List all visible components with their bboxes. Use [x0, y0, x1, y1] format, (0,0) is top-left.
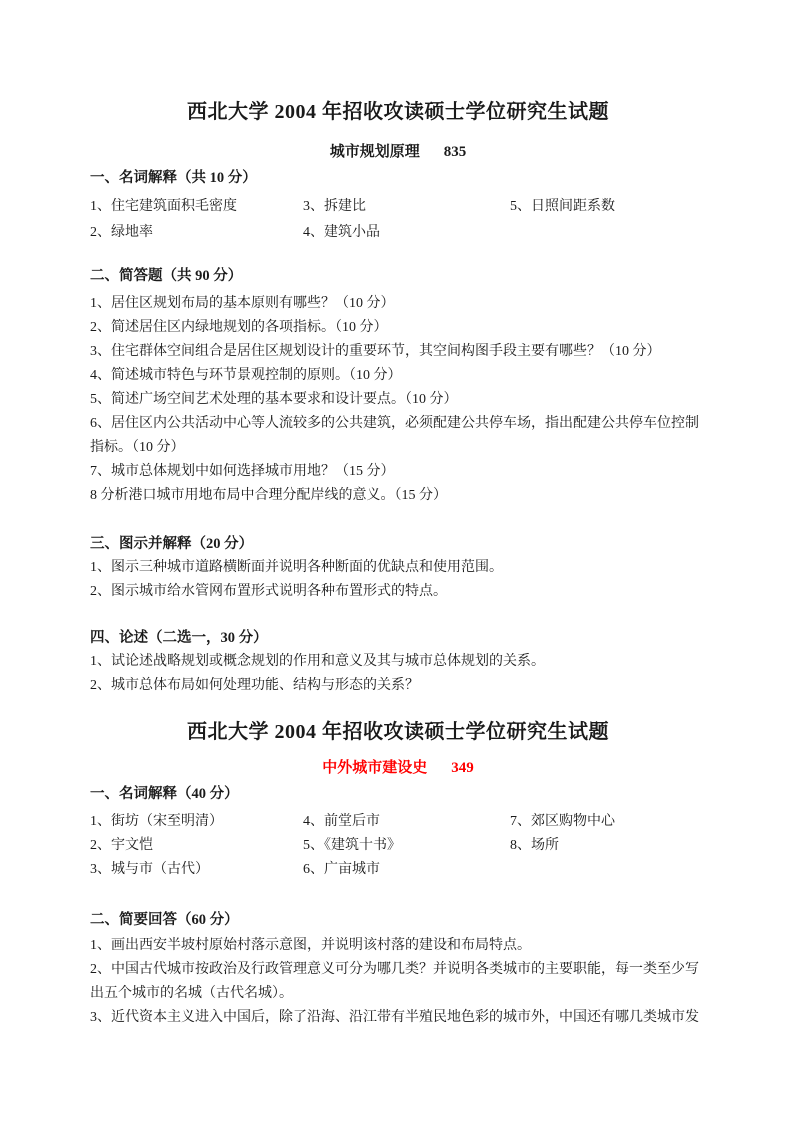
exam1-terms-col2: 3、拆建比 4、建筑小品: [303, 194, 510, 246]
term-item: 2、绿地率: [90, 220, 303, 246]
term-item: 3、城与市（古代）: [90, 858, 303, 882]
exam2-terms-col3: 7、郊区购物中心 8、场所: [510, 810, 706, 882]
term-item: 5、《建筑十书》: [303, 834, 510, 858]
exam2-section2-heading: 二、简要回答（60 分）: [90, 910, 706, 930]
exam2-subject-code: 349: [451, 760, 474, 776]
term-item: 4、建筑小品: [303, 220, 510, 246]
exam-paper-page: 西北大学 2004 年招收攻读硕士学位研究生试题 城市规划原理835 一、名词解…: [0, 0, 794, 1030]
question-line: 4、简述城市特色与环节景观控制的原则。（10 分）: [90, 364, 706, 388]
exam2-section1-heading: 一、名词解释（40 分）: [90, 784, 706, 804]
question-line: 3、住宅群体空间组合是居住区规划设计的重要环节，其空间构图手段主要有哪些？（10…: [90, 340, 706, 364]
question-line: 1、居住区规划布局的基本原则有哪些？（10 分）: [90, 292, 706, 316]
term-item: 1、街坊（宋至明清）: [90, 810, 303, 834]
exam1-terms-col3: 5、日照间距系数: [510, 194, 706, 246]
question-line: 7、城市总体规划中如何选择城市用地？（15 分）: [90, 460, 706, 484]
exam1-section2-questions: 1、居住区规划布局的基本原则有哪些？（10 分） 2、简述居住区内绿地规划的各项…: [90, 292, 706, 508]
exam1-title: 西北大学 2004 年招收攻读硕士学位研究生试题: [90, 98, 706, 126]
exam1-section2-heading: 二、简答题（共 90 分）: [90, 266, 706, 286]
question-line: 3、近代资本主义进入中国后，除了沿海、沿江带有半殖民地色彩的城市外，中国还有哪几…: [90, 1006, 706, 1030]
question-line: 1、图示三种城市道路横断面并说明各种断面的优缺点和使用范围。: [90, 556, 706, 580]
question-line: 2、城市总体布局如何处理功能、结构与形态的关系？: [90, 674, 706, 698]
exam2-section1-terms: 1、街坊（宋至明清） 2、宇文恺 3、城与市（古代） 4、前堂后市 5、《建筑十…: [90, 810, 706, 882]
exam1-section3-heading: 三、图示并解释（20 分）: [90, 534, 706, 554]
term-item: 2、宇文恺: [90, 834, 303, 858]
term-item: 8、场所: [510, 834, 706, 858]
exam1-section1-heading: 一、名词解释（共 10 分）: [90, 168, 706, 188]
question-line: 6、居住区内公共活动中心等人流较多的公共建筑，必须配建公共停车场，指出配建公共停…: [90, 412, 706, 436]
term-item: 3、拆建比: [303, 194, 510, 220]
exam1-subject-code: 835: [444, 144, 467, 160]
exam2: 西北大学 2004 年招收攻读硕士学位研究生试题 中外城市建设史349 一、名词…: [90, 718, 706, 1030]
question-line: 2、中国古代城市按政治及行政管理意义可分为哪几类？并说明各类城市的主要职能，每一…: [90, 958, 706, 982]
question-line: 2、图示城市给水管网布置形式说明各种布置形式的特点。: [90, 580, 706, 604]
exam1-subject-line: 城市规划原理835: [90, 142, 706, 162]
exam1-section4-heading: 四、论述（二选一，30 分）: [90, 628, 706, 648]
exam1-section4-questions: 1、试论述战略规划或概念规划的作用和意义及其与城市总体规划的关系。 2、城市总体…: [90, 650, 706, 698]
exam1-section1-terms: 1、住宅建筑面积毛密度 2、绿地率 3、拆建比 4、建筑小品 5、日照间距系数: [90, 194, 706, 246]
question-line: 1、画出西安半坡村原始村落示意图，并说明该村落的建设和布局特点。: [90, 934, 706, 958]
question-line: 1、试论述战略规划或概念规划的作用和意义及其与城市总体规划的关系。: [90, 650, 706, 674]
exam1: 西北大学 2004 年招收攻读硕士学位研究生试题 城市规划原理835 一、名词解…: [90, 98, 706, 698]
question-line: 出五个城市的名城（古代名城）。: [90, 982, 706, 1006]
exam2-terms-col1: 1、街坊（宋至明清） 2、宇文恺 3、城与市（古代）: [90, 810, 303, 882]
exam2-terms-col2: 4、前堂后市 5、《建筑十书》 6、广亩城市: [303, 810, 510, 882]
question-line: 8 分析港口城市用地布局中合理分配岸线的意义。（15 分）: [90, 484, 706, 508]
term-item: 4、前堂后市: [303, 810, 510, 834]
exam2-section2-questions: 1、画出西安半坡村原始村落示意图，并说明该村落的建设和布局特点。 2、中国古代城…: [90, 934, 706, 1030]
exam1-section3-questions: 1、图示三种城市道路横断面并说明各种断面的优缺点和使用范围。 2、图示城市给水管…: [90, 556, 706, 604]
term-item: 7、郊区购物中心: [510, 810, 706, 834]
exam1-subject: 城市规划原理: [330, 144, 420, 160]
question-line: 2、简述居住区内绿地规划的各项指标。（10 分）: [90, 316, 706, 340]
question-line: 5、简述广场空间艺术处理的基本要求和设计要点。（10 分）: [90, 388, 706, 412]
term-item: 5、日照间距系数: [510, 194, 706, 220]
exam2-subject-line: 中外城市建设史349: [90, 758, 706, 778]
term-item: 1、住宅建筑面积毛密度: [90, 194, 303, 220]
term-item: 6、广亩城市: [303, 858, 510, 882]
question-line: 指标。（10 分）: [90, 436, 706, 460]
exam2-subject: 中外城市建设史: [322, 760, 427, 776]
exam1-terms-col1: 1、住宅建筑面积毛密度 2、绿地率: [90, 194, 303, 246]
exam2-title: 西北大学 2004 年招收攻读硕士学位研究生试题: [90, 718, 706, 746]
